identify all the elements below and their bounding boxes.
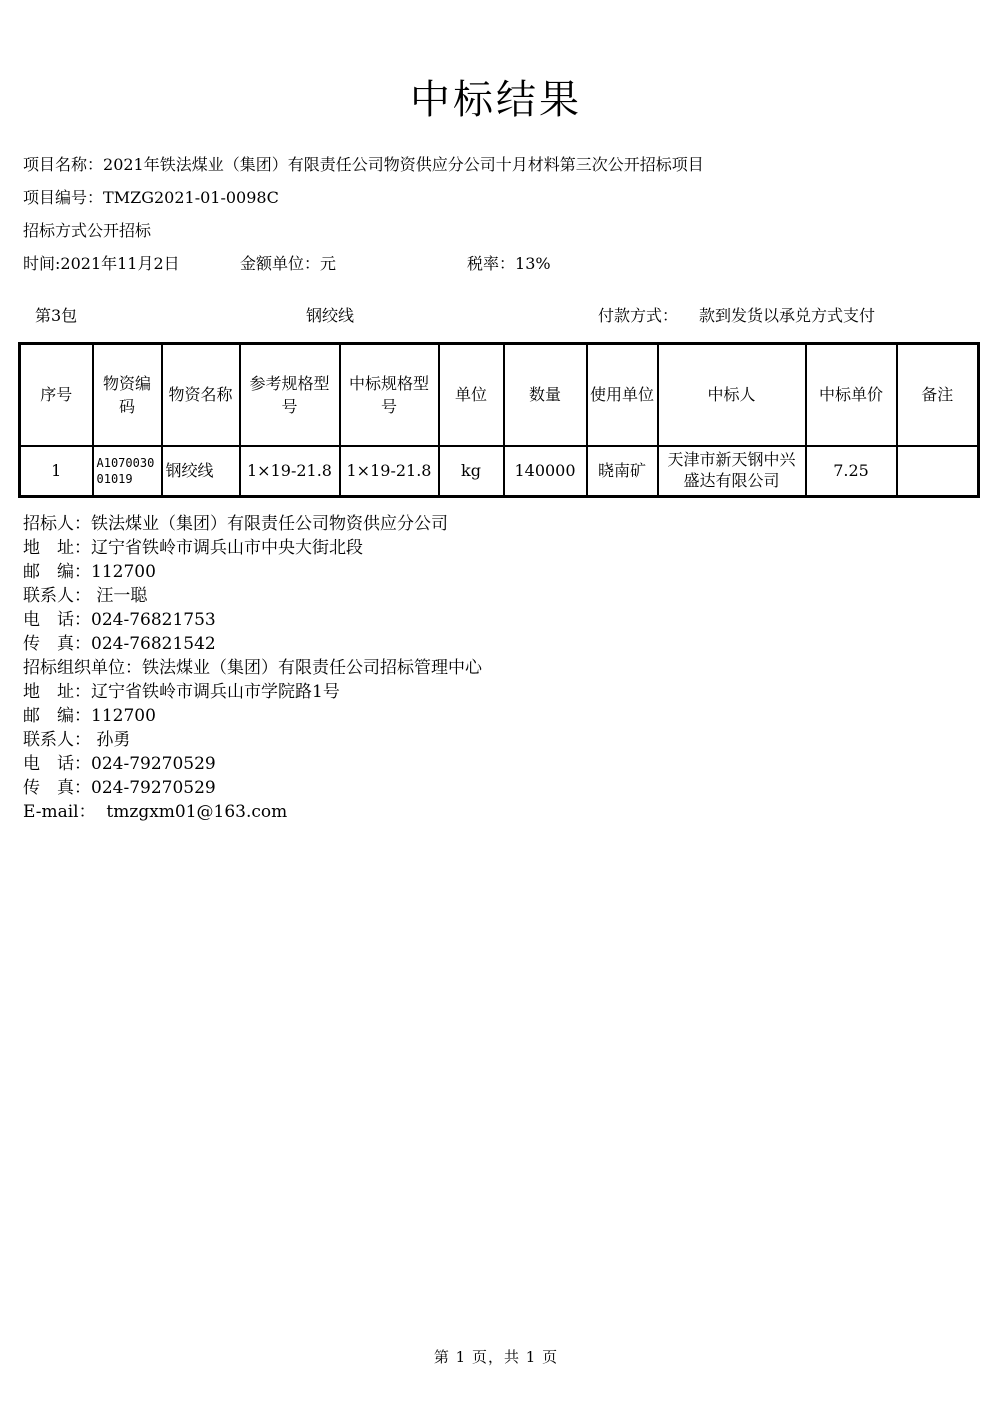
- cell-user-unit: 晓南矿: [587, 446, 658, 497]
- amount-unit-value: 元: [320, 254, 336, 273]
- contact-label: 电 话：: [23, 754, 91, 774]
- contact-label: 地 址：: [23, 538, 91, 558]
- contact-value: 024-76821542: [91, 634, 216, 654]
- contact-label: 联系人：: [23, 730, 91, 750]
- payment-method-value: 款到发货以承兑方式支付: [699, 303, 875, 326]
- contact-line-fax-1: 传 真：024-76821542: [23, 632, 992, 656]
- contact-line-phone-2: 电 话：024-79270529: [23, 752, 992, 776]
- time-value: 2021年11月2日: [60, 254, 179, 273]
- tax-rate-label: 税率：: [467, 254, 515, 273]
- col-header-ref-spec: 参考规格型号: [240, 344, 340, 447]
- contact-value: 024-79270529: [91, 754, 216, 774]
- payment-method-label: 付款方式：: [598, 303, 678, 326]
- project-name-line: 项目名称：2021年铁法煤业（集团）有限责任公司物资供应分公司十月材料第三次公开…: [23, 148, 992, 181]
- contact-value: 024-79270529: [91, 778, 216, 798]
- col-header-material-name: 物资名称: [162, 344, 240, 447]
- contact-line-address-1: 地 址：辽宁省铁岭市调兵山市中央大街北段: [23, 536, 992, 560]
- cell-material-code: A107003001019: [93, 446, 162, 497]
- time-label: 时间:: [23, 254, 60, 273]
- cell-unit-price: 7.25: [806, 446, 897, 497]
- package-line: 第3包 钢绞线 付款方式： 款到发货以承兑方式支付: [0, 303, 992, 323]
- col-header-win-spec: 中标规格型号: [340, 344, 439, 447]
- contact-label: 传 真：: [23, 634, 91, 654]
- contact-label: E-mail：: [23, 802, 96, 822]
- col-header-material-code: 物资编码: [93, 344, 162, 447]
- package-name: 钢绞线: [306, 303, 354, 326]
- contact-label: 地 址：: [23, 682, 91, 702]
- page-number-footer: 第 1 页，共 1 页: [0, 1346, 992, 1367]
- cell-quantity: 140000: [504, 446, 587, 497]
- cell-unit: kg: [439, 446, 504, 497]
- cell-seq: 1: [20, 446, 93, 497]
- document-meta: 项目名称：2021年铁法煤业（集团）有限责任公司物资供应分公司十月材料第三次公开…: [23, 148, 992, 280]
- col-header-unit: 单位: [439, 344, 504, 447]
- amount-unit-label: 金额单位：: [240, 254, 320, 273]
- cell-material-name: 钢绞线: [162, 446, 240, 497]
- contact-value: 铁法煤业（集团）有限责任公司招标管理中心: [142, 658, 482, 678]
- col-header-unit-price: 中标单价: [806, 344, 897, 447]
- contact-line-phone-1: 电 话：024-76821753: [23, 608, 992, 632]
- contact-value: tmzgxm01@163.com: [96, 802, 288, 822]
- contact-value: 辽宁省铁岭市调兵山市学院路1号: [91, 682, 340, 702]
- contact-line-fax-2: 传 真：024-79270529: [23, 776, 992, 800]
- time-segment: 时间:2021年11月2日: [23, 247, 240, 280]
- contact-value: 024-76821753: [91, 610, 216, 630]
- project-number-label: 项目编号：: [23, 188, 103, 207]
- contact-line-organizer: 招标组织单位：铁法煤业（集团）有限责任公司招标管理中心: [23, 656, 992, 680]
- contact-label: 招标组织单位：: [23, 658, 142, 678]
- col-header-remark: 备注: [897, 344, 979, 447]
- contact-line-zip-1: 邮 编：112700: [23, 560, 992, 584]
- package-number: 第3包: [35, 303, 77, 326]
- tax-rate-value: 13%: [515, 254, 551, 273]
- project-name-label: 项目名称：: [23, 155, 103, 174]
- bid-result-document-page: 中标结果 项目名称：2021年铁法煤业（集团）有限责任公司物资供应分公司十月材料…: [0, 0, 992, 1403]
- contact-value: 孙勇: [91, 730, 130, 750]
- contact-line-zip-2: 邮 编：112700: [23, 704, 992, 728]
- contact-label: 邮 编：: [23, 706, 91, 726]
- document-title: 中标结果: [0, 76, 992, 124]
- contact-label: 电 话：: [23, 610, 91, 630]
- contact-value: 112700: [91, 706, 156, 726]
- col-header-winner: 中标人: [658, 344, 806, 447]
- col-header-quantity: 数量: [504, 344, 587, 447]
- contact-line-person-2: 联系人： 孙勇: [23, 728, 992, 752]
- contact-line-email: E-mail： tmzgxm01@163.com: [23, 800, 992, 824]
- cell-remark: [897, 446, 979, 497]
- contact-label: 邮 编：: [23, 562, 91, 582]
- project-name-value: 2021年铁法煤业（集团）有限责任公司物资供应分公司十月材料第三次公开招标项目: [103, 155, 704, 174]
- contact-line-address-2: 地 址：辽宁省铁岭市调兵山市学院路1号: [23, 680, 992, 704]
- col-header-seq: 序号: [20, 344, 93, 447]
- contact-value: 汪一聪: [91, 586, 147, 606]
- contact-block: 招标人：铁法煤业（集团）有限责任公司物资供应分公司 地 址：辽宁省铁岭市调兵山市…: [23, 512, 992, 824]
- table-header-row: 序号 物资编码 物资名称 参考规格型号 中标规格型号 单位 数量 使用单位 中标…: [20, 344, 979, 447]
- project-number-value: TMZG2021-01-0098C: [103, 188, 279, 207]
- time-unit-tax-line: 时间:2021年11月2日金额单位：元税率：13%: [23, 247, 992, 280]
- contact-value: 112700: [91, 562, 156, 582]
- contact-value: 铁法煤业（集团）有限责任公司物资供应分公司: [91, 514, 448, 534]
- amount-unit-segment: 金额单位：元: [240, 247, 467, 280]
- project-number-line: 项目编号：TMZG2021-01-0098C: [23, 181, 992, 214]
- cell-win-spec: 1×19-21.8: [340, 446, 439, 497]
- contact-label: 招标人：: [23, 514, 91, 534]
- contact-label: 联系人：: [23, 586, 91, 606]
- contact-value: 辽宁省铁岭市调兵山市中央大街北段: [91, 538, 363, 558]
- cell-winner: 天津市新天钢中兴盛达有限公司: [658, 446, 806, 497]
- contact-line-bidder: 招标人：铁法煤业（集团）有限责任公司物资供应分公司: [23, 512, 992, 536]
- bid-method-line: 招标方式公开招标: [23, 214, 992, 247]
- contact-line-person-1: 联系人： 汪一聪: [23, 584, 992, 608]
- bid-result-table: 序号 物资编码 物资名称 参考规格型号 中标规格型号 单位 数量 使用单位 中标…: [18, 342, 980, 498]
- col-header-user-unit: 使用单位: [587, 344, 658, 447]
- contact-label: 传 真：: [23, 778, 91, 798]
- table-row: 1 A107003001019 钢绞线 1×19-21.8 1×19-21.8 …: [20, 446, 979, 497]
- cell-ref-spec: 1×19-21.8: [240, 446, 340, 497]
- tax-rate-segment: 税率：13%: [467, 254, 551, 273]
